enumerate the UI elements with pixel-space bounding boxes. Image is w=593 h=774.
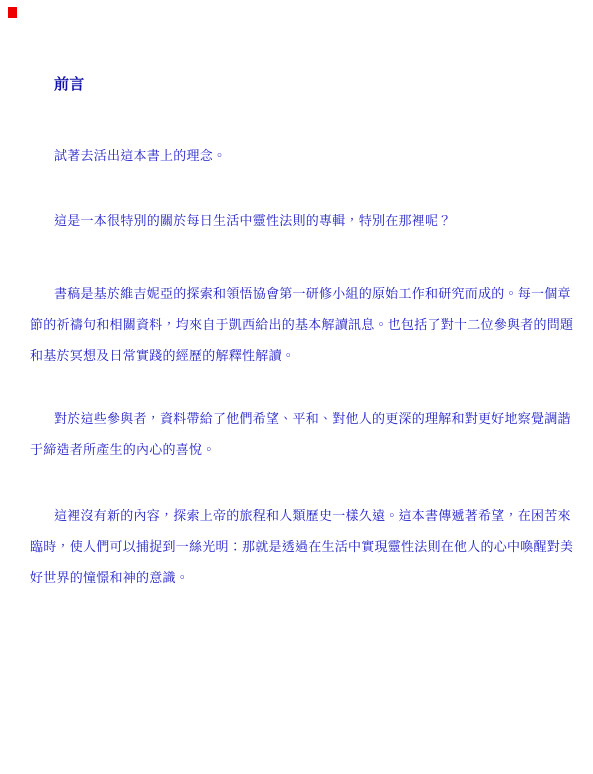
document-page: 前言 試著去活出這本書上的理念。 這是一本很特別的關於每日生活中靈性法則的專輯，… xyxy=(0,0,593,774)
paragraph: 對於這些參與者，資料帶給了他們希望、平和、對他人的更深的理解和對更好地察覺調諧 … xyxy=(30,403,567,465)
paragraph-line: 書稿是基於維吉妮亞的探索和領悟協會第一研修小組的原始工作和研究而成的。每一個章 xyxy=(30,278,567,309)
paragraph-line: 這裡沒有新的內容，探索上帝的旅程和人類歷史一樣久遠。這本書傳遞著希望，在困苦來 xyxy=(30,500,567,531)
paragraph-line: 臨時，使人們可以捕捉到一絲光明：那就是透過在生活中實現靈性法則在他人的心中喚醒對… xyxy=(30,531,567,562)
paragraph: 這裡沒有新的內容，探索上帝的旅程和人類歷史一樣久遠。這本書傳遞著希望，在困苦來 … xyxy=(30,500,567,593)
broken-image-icon xyxy=(8,7,17,18)
paragraph-line: 對於這些參與者，資料帶給了他們希望、平和、對他人的更深的理解和對更好地察覺調諧 xyxy=(30,403,567,434)
paragraph: 這是一本很特別的關於每日生活中靈性法則的專輯，特別在那裡呢？ xyxy=(30,205,567,236)
page-title: 前言 xyxy=(30,69,567,100)
paragraph-line: 這是一本很特別的關於每日生活中靈性法則的專輯，特別在那裡呢？ xyxy=(30,205,567,236)
paragraph: 試著去活出這本書上的理念。 xyxy=(30,140,567,171)
paragraph-line: 試著去活出這本書上的理念。 xyxy=(30,140,567,171)
document-content: 前言 試著去活出這本書上的理念。 這是一本很特別的關於每日生活中靈性法則的專輯，… xyxy=(30,69,567,593)
paragraph: 書稿是基於維吉妮亞的探索和領悟協會第一研修小組的原始工作和研究而成的。每一個章 … xyxy=(30,278,567,371)
paragraph-line: 于締造者所產生的內心的喜悅。 xyxy=(30,434,567,465)
paragraph-line: 和基於冥想及日常實踐的經歷的解釋性解讀。 xyxy=(30,340,567,371)
paragraph-line: 節的祈禱句和相關資料，均來自于凱西給出的基本解讀訊息。也包括了對十二位參與者的問… xyxy=(30,309,567,340)
paragraph-line: 好世界的憧憬和神的意識。 xyxy=(30,562,567,593)
